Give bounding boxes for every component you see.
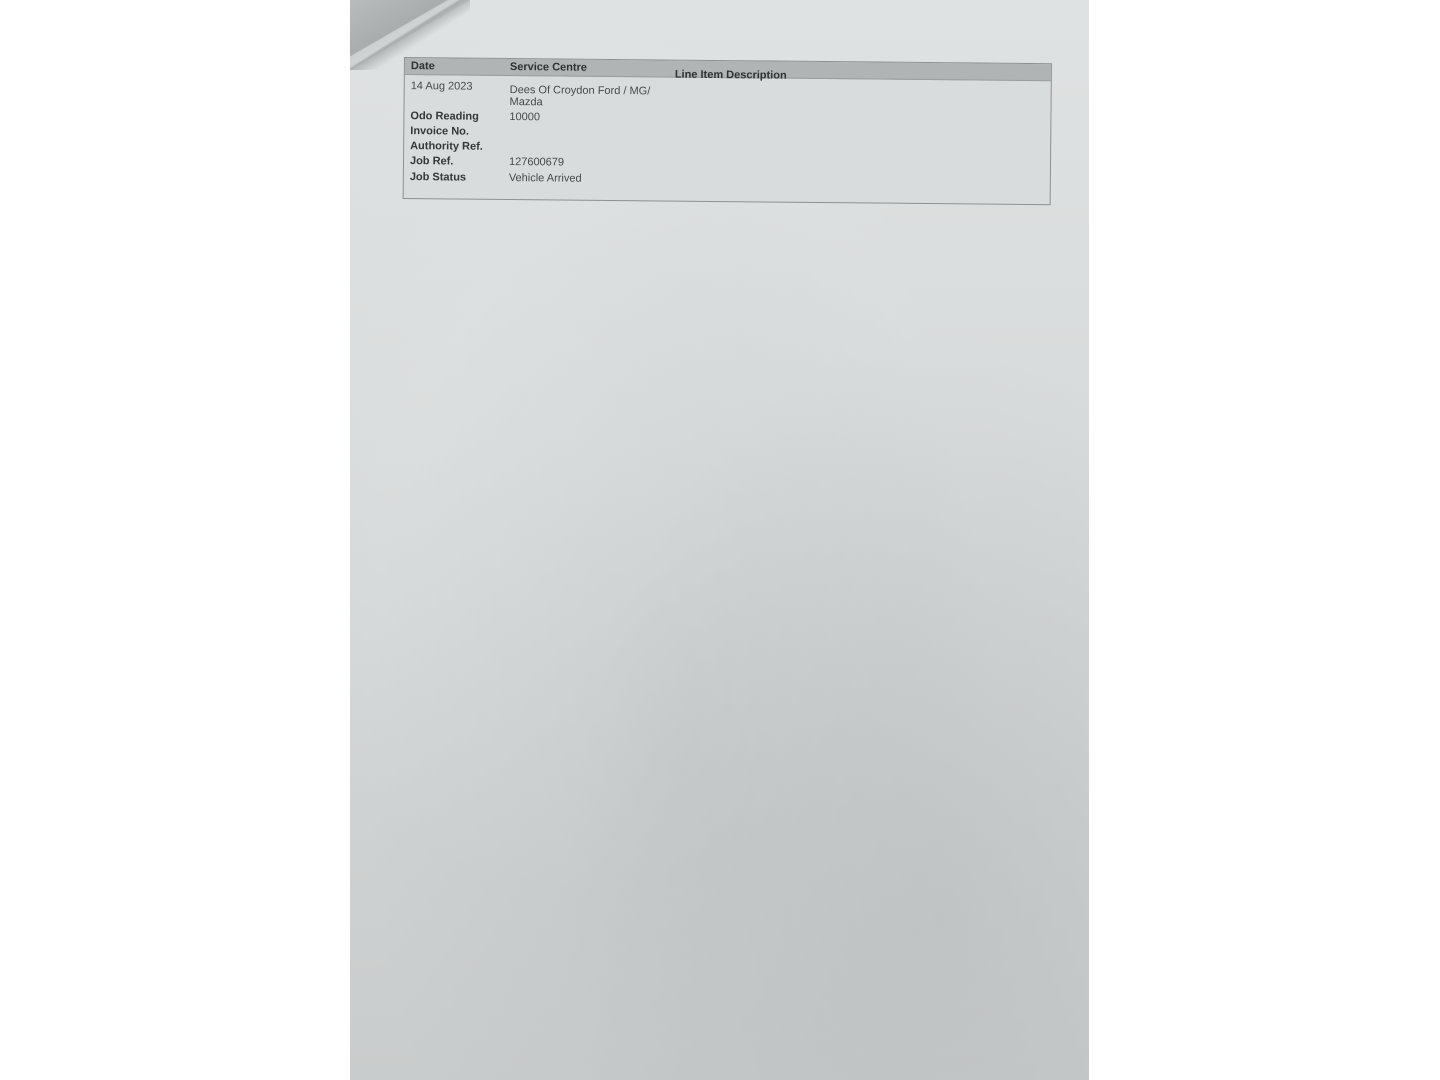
date-row: 14 Aug 2023 xyxy=(411,80,473,93)
header-service-centre: Service Centre xyxy=(510,61,587,74)
header-date: Date xyxy=(411,60,435,72)
field-row-odo: Odo Reading10000 xyxy=(410,110,540,123)
table-header: Date Service Centre Line Item Descriptio… xyxy=(405,58,1051,81)
field-label: Odo Reading xyxy=(410,110,509,123)
field-label: Job Status xyxy=(410,171,509,184)
field-row-job-status: Job StatusVehicle Arrived xyxy=(410,171,582,185)
field-value: Vehicle Arrived xyxy=(509,172,582,185)
service-centre-value: Dees Of Croydon Ford / MG/ Mazda xyxy=(510,84,670,110)
field-label: Job Ref. xyxy=(410,155,509,168)
header-line-item-description: Line Item Description xyxy=(675,69,787,82)
field-label: Authority Ref. xyxy=(410,140,509,153)
date-value: 14 Aug 2023 xyxy=(411,80,473,93)
field-value: 10000 xyxy=(509,111,540,123)
field-label: Invoice No. xyxy=(410,125,509,138)
field-row-job-ref: Job Ref.127600679 xyxy=(410,155,564,168)
service-record-table: Date Service Centre Line Item Descriptio… xyxy=(403,57,1052,205)
field-row-authority: Authority Ref. xyxy=(410,140,509,153)
field-row-invoice: Invoice No. xyxy=(410,125,509,138)
field-value: 127600679 xyxy=(509,156,564,169)
